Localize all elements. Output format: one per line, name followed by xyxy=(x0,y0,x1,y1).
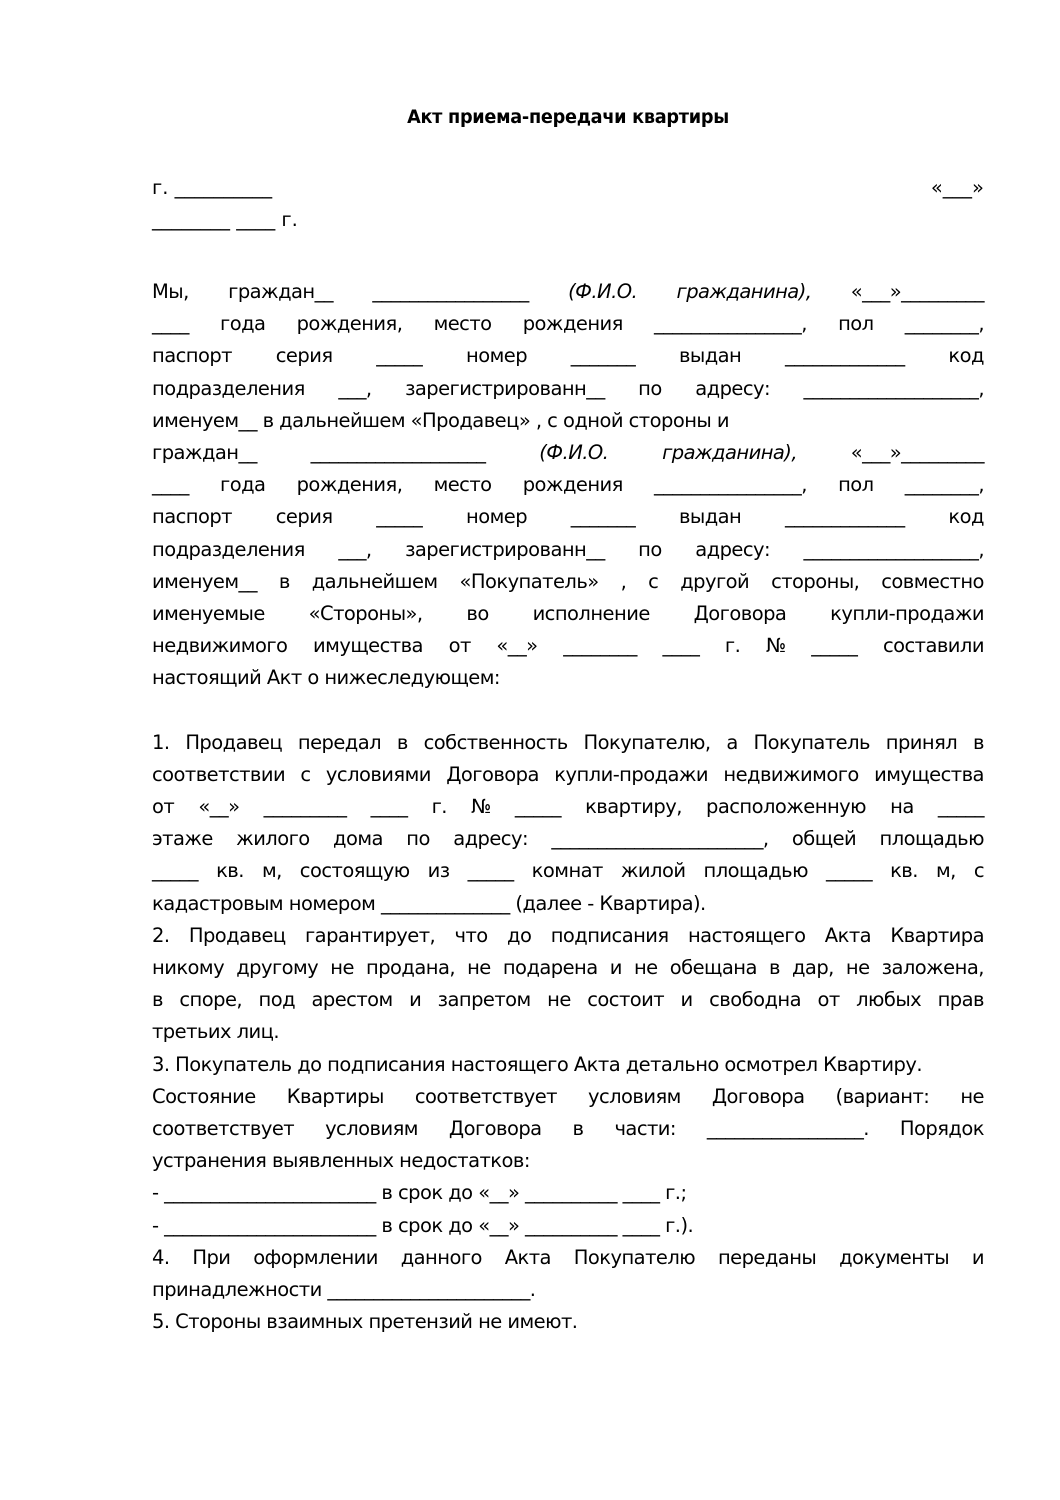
clause-line-text: кадастровым номером ______________ (дале… xyxy=(152,888,706,920)
clause-line: устранения выявленных недостатков: xyxy=(152,1145,984,1177)
word: именуемые xyxy=(152,598,265,630)
word: свободна xyxy=(709,984,801,1016)
word: дома xyxy=(333,823,383,855)
word: зарегистрированн__ xyxy=(405,534,605,566)
word: обещана xyxy=(670,952,757,984)
word: Мы, xyxy=(152,276,189,308)
word: рождения xyxy=(523,469,623,501)
word: _____ xyxy=(152,855,198,887)
word: дальнейшем xyxy=(312,566,438,598)
word: 4. xyxy=(152,1242,170,1274)
clause-line: от«__»_____________г.№_____квартиру,расп… xyxy=(152,791,984,823)
word: ___________________, xyxy=(804,373,984,405)
word: _____ xyxy=(515,791,561,823)
word: адресу: xyxy=(453,823,528,855)
word: составили xyxy=(883,630,984,662)
word: рождения, xyxy=(297,469,403,501)
word: споре, xyxy=(179,984,242,1016)
word: переданы xyxy=(718,1242,816,1274)
clause-line: соответствуетусловиямДоговоравчасти:____… xyxy=(152,1113,984,1145)
word: в xyxy=(769,952,780,984)
word: с xyxy=(974,855,984,887)
word: кв. xyxy=(216,855,244,887)
intro-line: именуем__ в дальнейшем «Продавец» , с од… xyxy=(152,405,984,437)
word: № xyxy=(766,630,786,662)
clause-line: третьих лиц. xyxy=(152,1016,984,1048)
word: г. xyxy=(432,791,447,823)
word: (Ф.И.О. xyxy=(568,276,637,308)
word: и xyxy=(610,952,622,984)
clause-line: этажежилогодомапоадресу:________________… xyxy=(152,823,984,855)
intro-line: паспортсерия_____номер_______выдан______… xyxy=(152,340,984,372)
word: Покупателю, xyxy=(584,727,711,759)
word: Продавец xyxy=(185,727,282,759)
word: _____________ xyxy=(785,340,905,372)
word: с xyxy=(300,759,310,791)
word: место xyxy=(434,308,492,340)
clause-line: кадастровым номером ______________ (дале… xyxy=(152,888,984,920)
word: _____ xyxy=(826,855,872,887)
word: продана, xyxy=(366,952,455,984)
intro-line: граждан_____________________(Ф.И.О.гражд… xyxy=(152,437,984,469)
word: _____ xyxy=(468,855,514,887)
word: подразделения xyxy=(152,534,305,566)
word: адресу: xyxy=(695,373,770,405)
clause-line-text: 3. Покупатель до подписания настоящего А… xyxy=(152,1049,922,1081)
word: _______________________, xyxy=(551,823,768,855)
clause-line-text: - _______________________ в срок до «__»… xyxy=(152,1210,693,1242)
word: настоящего xyxy=(688,920,805,952)
clause-line: - _______________________ в срок до «__»… xyxy=(152,1177,984,1209)
word: код xyxy=(948,501,984,533)
word: площадью xyxy=(880,823,984,855)
clause-line-text: 5. Стороны взаимных претензий не имеют. xyxy=(152,1306,577,1338)
word: части: xyxy=(614,1113,676,1145)
word: При xyxy=(192,1242,230,1274)
clause-line-text: устранения выявленных недостатков: xyxy=(152,1145,530,1177)
clause-line: 1.ПродавецпередалвсобственностьПокупател… xyxy=(152,727,984,759)
intro-line: именуем__вдальнейшем«Покупатель»,сдругой… xyxy=(152,566,984,598)
word: условиям xyxy=(325,1113,418,1145)
word: паспорт xyxy=(152,501,232,533)
word: Договора xyxy=(712,1081,805,1113)
word: с xyxy=(648,566,658,598)
word: ____ xyxy=(152,469,189,501)
word: г. xyxy=(725,630,740,662)
word: м, xyxy=(936,855,956,887)
word: имущества xyxy=(874,759,984,791)
word: «Стороны», xyxy=(309,598,423,630)
intro-line: подразделения___,зарегистрированн__поадр… xyxy=(152,373,984,405)
word: ____ xyxy=(152,308,189,340)
word: зарегистрированн__ xyxy=(405,373,605,405)
word: стороны, xyxy=(771,566,859,598)
clause-line: 2.Продавецгарантирует,чтодоподписаниянас… xyxy=(152,920,984,952)
intro-paragraph: Мы,граждан___________________(Ф.И.О.граж… xyxy=(152,276,984,695)
word: из xyxy=(428,855,450,887)
word: ___, xyxy=(338,373,371,405)
word: _______ xyxy=(571,501,635,533)
word: рождения, xyxy=(297,308,403,340)
clause-line: соответствиисусловиямиДоговоракупли-прод… xyxy=(152,759,984,791)
clause-line: никомудругомунепродана,неподаренаинеобещ… xyxy=(152,952,984,984)
word: 2. xyxy=(152,920,170,952)
word: Продавец xyxy=(189,920,286,952)
word: и xyxy=(681,984,693,1016)
word: соответствует xyxy=(152,1113,294,1145)
word: подписания xyxy=(551,920,669,952)
word: «___»_________ xyxy=(851,437,984,469)
word: в xyxy=(573,1113,584,1145)
word: ________, xyxy=(905,308,984,340)
word: _____ xyxy=(376,340,422,372)
word: ____ xyxy=(371,791,408,823)
clause-line: 3. Покупатель до подписания настоящего А… xyxy=(152,1049,984,1081)
intro-line: подразделения___,зарегистрированн__поадр… xyxy=(152,534,984,566)
word: место xyxy=(434,469,492,501)
word: состоящую xyxy=(300,855,410,887)
word: граждан__ xyxy=(228,276,333,308)
word: в xyxy=(152,984,163,1016)
word: не xyxy=(634,952,658,984)
word: данного xyxy=(401,1242,482,1274)
word: на xyxy=(890,791,914,823)
word: паспорт xyxy=(152,340,232,372)
word: в xyxy=(397,727,408,759)
word: _________________ xyxy=(372,276,528,308)
word: ___________________ xyxy=(311,437,486,469)
word: адресу: xyxy=(695,534,770,566)
word: дар, xyxy=(792,952,834,984)
word: комнат xyxy=(532,855,603,887)
word: ________, xyxy=(905,469,984,501)
word: года xyxy=(220,308,265,340)
word: гражданина), xyxy=(662,437,797,469)
word: соответствует xyxy=(415,1081,557,1113)
word: не xyxy=(330,952,354,984)
word: _____ xyxy=(811,630,857,662)
word: ____ xyxy=(662,630,699,662)
word: исполнение xyxy=(533,598,650,630)
word: «__» xyxy=(198,791,239,823)
word: _________ xyxy=(264,791,347,823)
word: именуем__ xyxy=(152,566,257,598)
word: принял xyxy=(886,727,957,759)
word: жилого xyxy=(236,823,310,855)
word: «__» xyxy=(496,630,537,662)
word: купли-продажи xyxy=(830,598,984,630)
word: купли-продажи xyxy=(554,759,708,791)
word: по xyxy=(638,534,662,566)
word: подарена xyxy=(503,952,598,984)
word: номер xyxy=(466,340,527,372)
intro-line-text: именуем__ в дальнейшем «Продавец» , с од… xyxy=(152,405,729,437)
word: прав xyxy=(938,984,984,1016)
word: от xyxy=(817,984,839,1016)
word: Покупателю xyxy=(574,1242,695,1274)
word: , xyxy=(621,566,627,598)
word: и xyxy=(972,1242,984,1274)
word: рождения xyxy=(523,308,623,340)
word: (вариант: xyxy=(836,1081,930,1113)
word: гражданина), xyxy=(677,276,812,308)
word: арестом xyxy=(311,984,392,1016)
word: № xyxy=(471,791,491,823)
word: не xyxy=(467,952,491,984)
word: Акта xyxy=(505,1242,551,1274)
word: в xyxy=(973,727,984,759)
word: выдан xyxy=(679,340,741,372)
month-year-field: ________ ____ г. xyxy=(152,204,984,236)
word: от xyxy=(152,791,174,823)
word: кв. xyxy=(890,855,918,887)
word: ________ xyxy=(563,630,637,662)
word: Порядок xyxy=(900,1113,984,1145)
intro-line: именуемые«Стороны»,воисполнениеДоговорак… xyxy=(152,598,984,630)
word: не xyxy=(960,1081,984,1113)
word: в xyxy=(279,566,290,598)
word: по xyxy=(406,823,430,855)
word: Акта xyxy=(825,920,871,952)
word: во xyxy=(466,598,488,630)
word: под xyxy=(259,984,296,1016)
city-field: г. __________ xyxy=(152,172,272,204)
word: соответствии xyxy=(152,759,285,791)
word: Договора xyxy=(446,759,539,791)
word: Договора xyxy=(694,598,787,630)
intro-line: паспортсерия_____номер_______выдан______… xyxy=(152,501,984,533)
word: общей xyxy=(792,823,856,855)
word: запретом xyxy=(438,984,531,1016)
clause-line: _____кв.м,состоящуюиз_____комнатжилойпло… xyxy=(152,855,984,887)
word: никому xyxy=(152,952,224,984)
word: Квартиры xyxy=(287,1081,384,1113)
word: «___»_________ xyxy=(851,276,984,308)
word: «Покупатель» xyxy=(459,566,598,598)
word: _____ xyxy=(938,791,984,823)
intro-line: ____годарождения,месторождения__________… xyxy=(152,308,984,340)
word: гарантирует, xyxy=(305,920,435,952)
word: другой xyxy=(680,566,749,598)
word: от xyxy=(449,630,471,662)
word: Квартира xyxy=(890,920,984,952)
word: _________________. xyxy=(707,1113,869,1145)
clauses-section: 1.ПродавецпередалвсобственностьПокупател… xyxy=(152,727,984,1339)
word: имущества xyxy=(313,630,423,662)
place-date-header: г. __________ «___» xyxy=(152,172,984,204)
word: м, xyxy=(262,855,282,887)
word: Состояние xyxy=(152,1081,256,1113)
word: другому xyxy=(236,952,318,984)
clause-line: 4.ПриоформленииданногоАктаПокупателюпере… xyxy=(152,1242,984,1274)
document-title: Акт приема-передачи квартиры xyxy=(181,100,955,134)
clause-line-text: третьих лиц. xyxy=(152,1016,279,1048)
intro-line: недвижимогоимуществаот«__»____________г.… xyxy=(152,630,984,662)
word: _____________ xyxy=(785,501,905,533)
word: (Ф.И.О. xyxy=(539,437,608,469)
word: номер xyxy=(466,501,527,533)
word: недвижимого xyxy=(723,759,858,791)
word: ________________, xyxy=(654,469,807,501)
word: недвижимого xyxy=(152,630,287,662)
word: расположенную xyxy=(706,791,866,823)
word: Покупатель xyxy=(754,727,870,759)
word: года xyxy=(220,469,265,501)
intro-line-text: настоящий Акт о нижеследующем: xyxy=(152,662,500,694)
word: оформлении xyxy=(253,1242,378,1274)
word: а xyxy=(726,727,737,759)
word: _____ xyxy=(376,501,422,533)
word: документы xyxy=(839,1242,949,1274)
word: этаже xyxy=(152,823,213,855)
word: пол xyxy=(838,469,874,501)
clause-line-text: - _______________________ в срок до «__»… xyxy=(152,1177,686,1209)
word: любых xyxy=(856,984,921,1016)
word: серия xyxy=(276,501,333,533)
intro-line: ____годарождения,месторождения__________… xyxy=(152,469,984,501)
word: жилой xyxy=(621,855,686,887)
word: и xyxy=(409,984,421,1016)
clause-line: - _______________________ в срок до «__»… xyxy=(152,1210,984,1242)
word: ___, xyxy=(338,534,371,566)
word: код xyxy=(948,340,984,372)
word: совместно xyxy=(881,566,984,598)
word: _______ xyxy=(571,340,635,372)
word: площадью xyxy=(704,855,808,887)
day-field: «___» xyxy=(931,172,984,204)
clause-line-text: принадлежности ______________________. xyxy=(152,1274,535,1306)
document-page: Акт приема-передачи квартиры г. ________… xyxy=(152,100,984,1339)
word: до xyxy=(507,920,531,952)
word: Договора xyxy=(449,1113,542,1145)
word: серия xyxy=(276,340,333,372)
word: состоит xyxy=(587,984,664,1016)
intro-line: Мы,граждан___________________(Ф.И.О.граж… xyxy=(152,276,984,308)
clause-line: СостояниеКвартирысоответствуетусловиямДо… xyxy=(152,1081,984,1113)
word: 1. xyxy=(152,727,170,759)
word: ________________, xyxy=(654,308,807,340)
word: квартиру, xyxy=(585,791,682,823)
word: ___________________, xyxy=(804,534,984,566)
word: подразделения xyxy=(152,373,305,405)
clause-line: вспоре,подарестомизапретомнесостоитисвоб… xyxy=(152,984,984,1016)
word: выдан xyxy=(679,501,741,533)
word: заложена, xyxy=(882,952,984,984)
word: не xyxy=(547,984,571,1016)
clause-line: 5. Стороны взаимных претензий не имеют. xyxy=(152,1306,984,1338)
word: передал xyxy=(298,727,381,759)
word: условиями xyxy=(326,759,431,791)
word: условиям xyxy=(588,1081,681,1113)
intro-line: настоящий Акт о нижеследующем: xyxy=(152,662,984,694)
word: не xyxy=(846,952,870,984)
word: что xyxy=(455,920,488,952)
word: по xyxy=(638,373,662,405)
word: пол xyxy=(838,308,874,340)
clause-line: принадлежности ______________________. xyxy=(152,1274,984,1306)
word: граждан__ xyxy=(152,437,257,469)
word: собственность xyxy=(424,727,568,759)
